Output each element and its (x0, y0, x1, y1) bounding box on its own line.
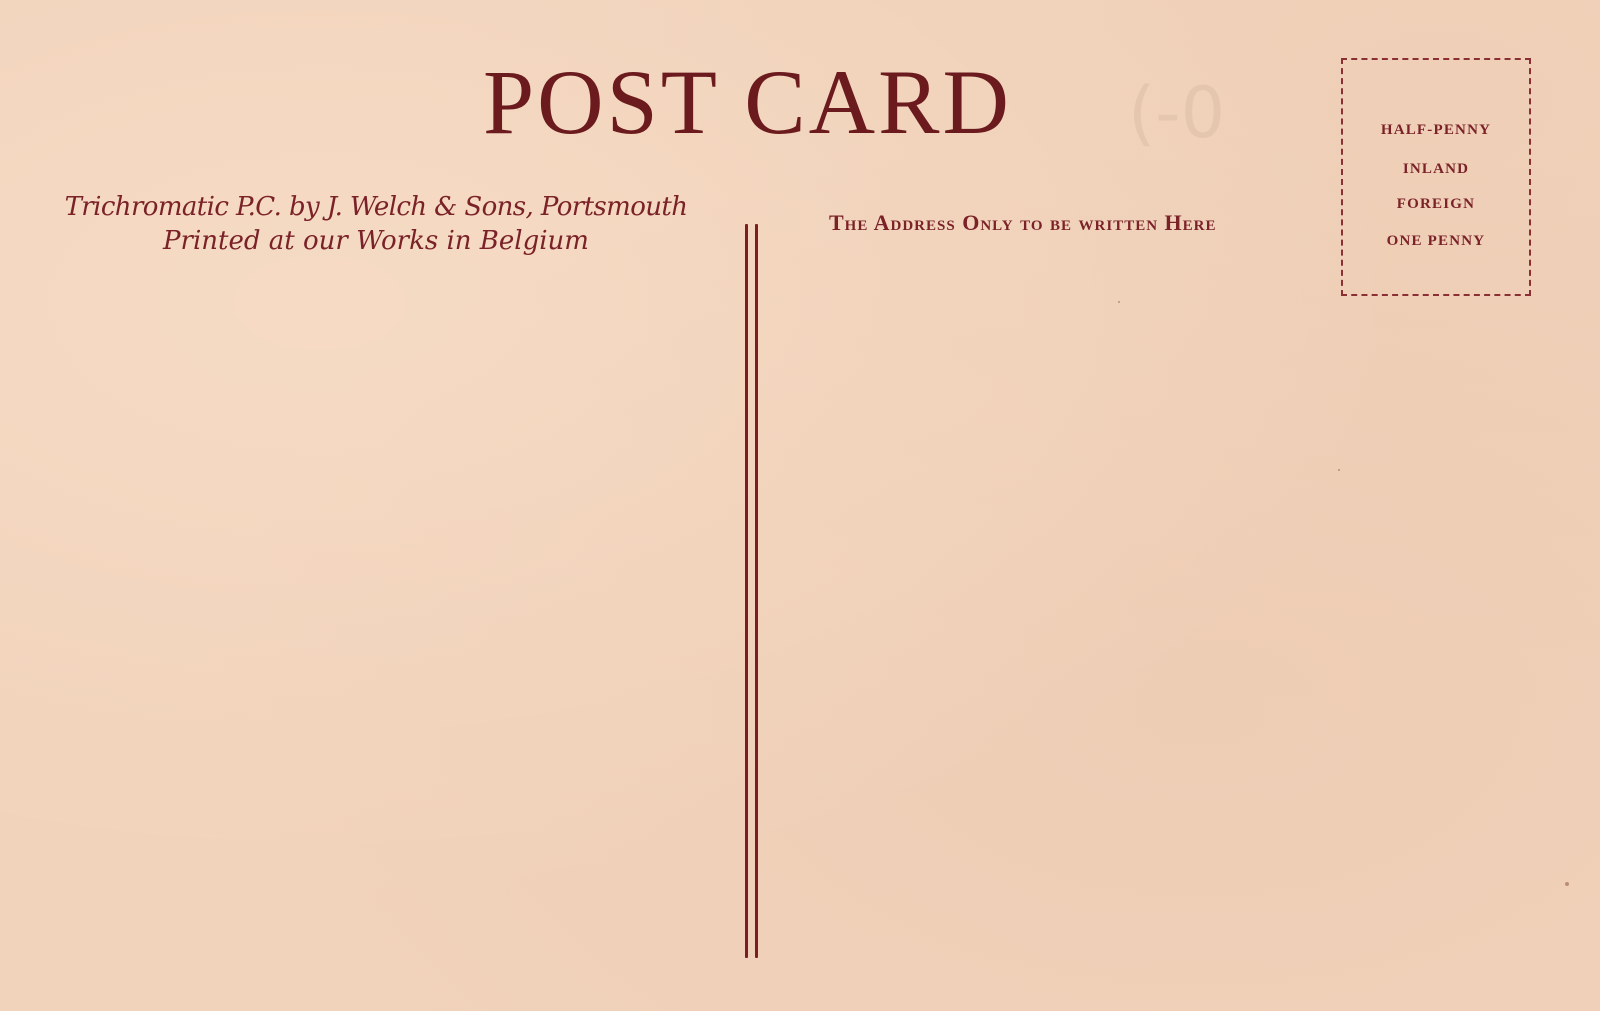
publisher-imprint: Trichromatic P.C. by J. Welch & Sons, Po… (56, 190, 696, 258)
postcard-title: POST CARD (483, 52, 1012, 152)
paper-speck (1118, 301, 1120, 303)
stamp-rate-foreign: FOREIGN (1343, 196, 1529, 213)
postcard-back: (-0 POST CARD Trichromatic P.C. by J. We… (0, 0, 1600, 1011)
stamp-rate-onepenny: ONE PENNY (1343, 233, 1529, 250)
center-divider-line-right (755, 224, 758, 958)
center-divider-line-left (745, 224, 748, 958)
address-instruction: The Address Only to be written Here (829, 208, 1217, 238)
pencil-annotation: (-0 (1128, 72, 1225, 154)
stamp-rate-halfpenny: HALF-PENNY (1343, 122, 1529, 139)
publisher-line-2: Printed at our Works in Belgium (56, 224, 696, 258)
stamp-box: HALF-PENNY INLAND FOREIGN ONE PENNY (1341, 58, 1531, 296)
stamp-rate-inland: INLAND (1343, 161, 1529, 178)
paper-speck (1565, 882, 1569, 886)
publisher-line-1: Trichromatic P.C. by J. Welch & Sons, Po… (56, 190, 696, 224)
paper-speck (1338, 469, 1340, 471)
